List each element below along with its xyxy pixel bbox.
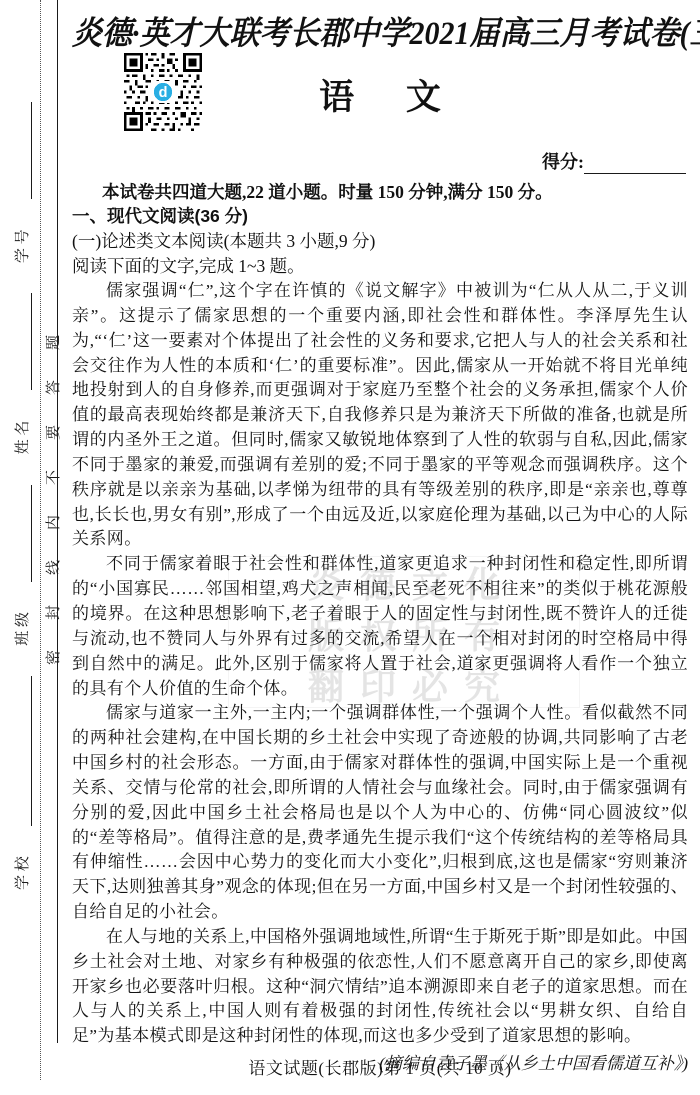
name-blank-line xyxy=(15,293,32,390)
exam-info: 本试卷共四道大题,22 道小题。时量 150 分钟,满分 150 分。 xyxy=(102,179,553,204)
exam-title: 炎德·英才大联考长郡中学2021届高三月考试卷(三) xyxy=(72,6,688,54)
field-label-school: 学 校 xyxy=(11,856,32,890)
school-blank-line xyxy=(15,676,32,826)
exam-paper-page: { "header": { "exam_title": "炎德·英才大联考长郡中… xyxy=(0,0,700,1095)
passage-paragraph-1: 儒家强调“仁”,这个字在许慎的《说文解字》中被训为“仁从人从二,于义训亲”。这提… xyxy=(72,279,688,552)
field-label-studentid: 学 号 xyxy=(11,229,32,263)
score-row: 得分: xyxy=(542,148,686,174)
student-info-fields: 学 校班 级姓 名学 号 xyxy=(10,102,32,890)
seal-dotted-line xyxy=(40,0,41,1080)
reading-section: 一、现代文阅读(36 分) (一)论述类文本阅读(本题共 3 小题,9 分) 阅… xyxy=(72,204,688,1076)
passage-paragraph-3: 儒家与道家一主外,一主内;一个强调群体性,一个强调个人性。看似截然不同的两种社会… xyxy=(72,701,688,925)
field-label-name: 姓 名 xyxy=(11,421,32,455)
seal-warning-text: 密封线内不要答题 xyxy=(42,320,60,665)
score-label: 得分: xyxy=(542,152,584,172)
studentid-blank-line xyxy=(15,102,32,199)
passage-paragraph-2: 不同于儒家着眼于社会性和群体性,道家更追求一种封闭性和稳定性,即所谓的“小国寡民… xyxy=(72,552,688,701)
reading-instruction: 阅读下面的文字,完成 1~3 题。 xyxy=(72,254,688,279)
class-blank-line xyxy=(15,485,32,582)
main-content: 炎德·英才大联考长郡中学2021届高三月考试卷(三) d xyxy=(72,0,688,1095)
section-title: 一、现代文阅读(36 分) xyxy=(72,204,688,229)
field-label-class: 班 级 xyxy=(11,612,32,646)
subject-title: 语 文 xyxy=(72,70,688,120)
page-footer: 语文试题(长郡版)第 1 页(共 10 页) xyxy=(72,1054,688,1079)
score-blank-line xyxy=(584,156,686,174)
subsection-title: (一)论述类文本阅读(本题共 3 小题,9 分) xyxy=(72,229,688,254)
passage-paragraph-4: 在人与地的关系上,中国格外强调地域性,所谓“生于斯死于斯”即是如此。中国乡土社会… xyxy=(72,925,688,1049)
